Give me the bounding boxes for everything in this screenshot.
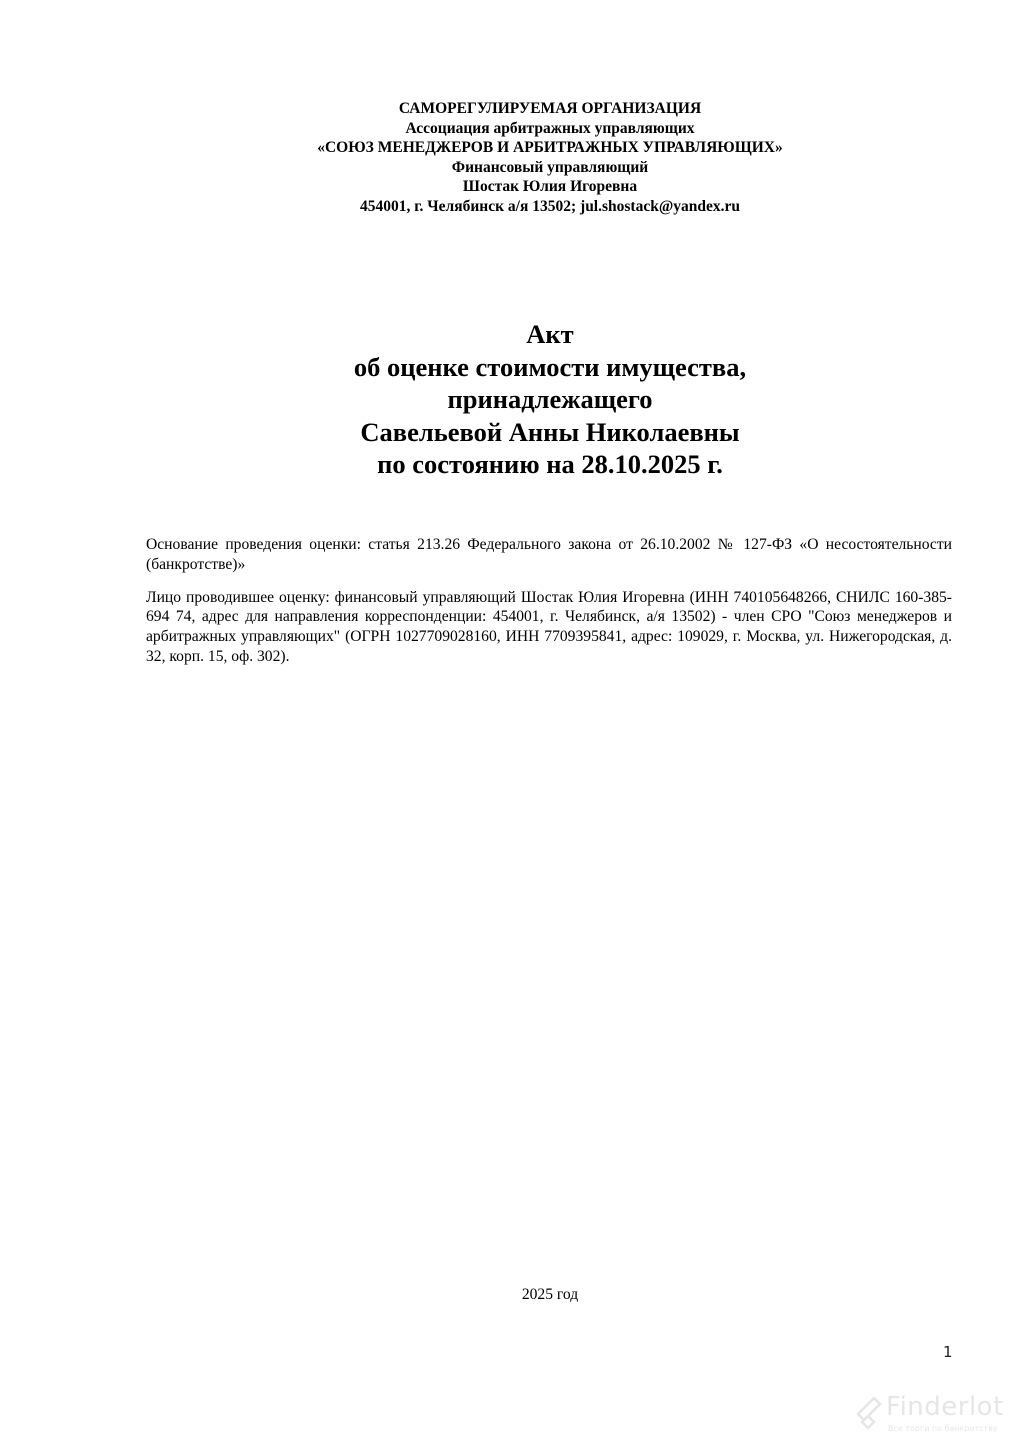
watermark-tagline: Все торги по банкротству (888, 1424, 998, 1433)
header-line-union: «СОЮЗ МЕНЕДЖЕРОВ И АРБИТРАЖНЫХ УПРАВЛЯЮЩ… (0, 138, 1024, 158)
header-line-role: Финансовый управляющий (0, 158, 1024, 178)
organization-header: САМОРЕГУЛИРУЕМАЯ ОРГАНИЗАЦИЯ Ассоциация … (0, 99, 1024, 217)
header-line-address: 454001, г. Челябинск а/я 13502; jul.shos… (0, 197, 1024, 217)
document-title: Акт об оценке стоимости имущества, прина… (0, 318, 1024, 481)
title-line-3: принадлежащего (0, 383, 1024, 416)
title-line-1: Акт (0, 318, 1024, 351)
header-line-association: Ассоциация арбитражных управляющих (0, 119, 1024, 139)
document-year: 2025 год (0, 1286, 1024, 1304)
paragraph-appraiser: Лицо проводившее оценку: финансовый упра… (146, 588, 952, 667)
header-line-sro: САМОРЕГУЛИРУЕМАЯ ОРГАНИЗАЦИЯ (0, 99, 1024, 119)
page-number: 1 (943, 1343, 953, 1361)
watermark-name: Finderlot (886, 1392, 1004, 1422)
title-line-5: по состоянию на 28.10.2025 г. (0, 448, 1024, 481)
title-line-2: об оценке стоимости имущества, (0, 351, 1024, 384)
title-line-4: Савельевой Анны Николаевны (0, 416, 1024, 449)
finderlot-watermark: Finderlot Все торги по банкротству (852, 1392, 1022, 1442)
paragraph-basis: Основание проведения оценки: статья 213.… (146, 535, 952, 575)
finderlot-logo-icon (854, 1396, 884, 1432)
document-body: Основание проведения оценки: статья 213.… (146, 535, 952, 680)
document-page: САМОРЕГУЛИРУЕМАЯ ОРГАНИЗАЦИЯ Ассоциация … (0, 0, 1024, 1448)
header-line-name: Шостак Юлия Игоревна (0, 177, 1024, 197)
